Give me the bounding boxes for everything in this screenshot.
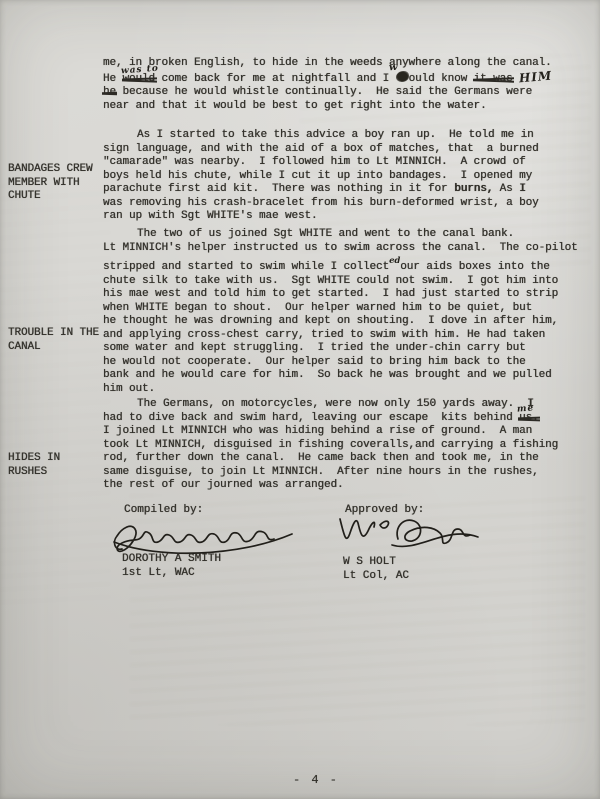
text-line: As I started to take this advice a boy r…	[103, 129, 539, 143]
typed-text: our aids boxes into the	[400, 261, 550, 273]
typed-text: The two of us joined Sgt WHITE and went …	[137, 228, 514, 240]
text-line: bank and he would care for him. So back …	[103, 369, 578, 383]
text-line: when WHITE began to shout. Our helper wa…	[103, 302, 578, 316]
paragraph: The Germans, on motorcycles, were now on…	[103, 398, 558, 493]
struck-out-text: us.me	[519, 412, 539, 426]
text-line: same disguise, to join Lt MINNICH. After…	[103, 466, 558, 480]
text-line: him out.	[103, 383, 578, 397]
typed-text: same disguise, to join Lt MINNICH. After…	[103, 466, 539, 478]
text-line: chute silk to take with us. Sgt WHITE co…	[103, 275, 578, 289]
paragraph: The two of us joined Sgt WHITE and went …	[103, 228, 578, 396]
struck-out-text: it was	[474, 73, 513, 87]
bleed-through-texture	[0, 185, 110, 605]
struck-out-text: wouldwas to	[123, 73, 156, 87]
text-line: parachute first aid kit. There was nothi…	[103, 183, 539, 197]
handwritten-annotation: HIM	[519, 69, 553, 85]
typed-text: had to dive back and swim hard, leaving …	[103, 412, 519, 424]
text-line: "camarade" was nearby. I followed him to…	[103, 156, 539, 170]
text-line: stripped and started to swim while I col…	[103, 255, 578, 275]
text-line: ran up with Sgt WHITE's mae west.	[103, 210, 539, 224]
typed-text: was removing his crash-bracelet from his…	[103, 197, 539, 209]
typed-text: come back for me at nightfall and I	[155, 73, 396, 85]
typed-text: As I started to take this advice a boy r…	[137, 129, 534, 141]
typed-text: he thought he was drowning and kept on s…	[103, 315, 558, 327]
typed-text: the rest of our journed was arranged.	[103, 479, 344, 491]
margin-label-line: RUSHES	[8, 466, 60, 480]
struck-out-text: he	[103, 86, 116, 100]
typed-text: when WHITE began to shout. Our helper wa…	[103, 302, 532, 314]
typed-text: The Germans, on motorcycles, were now on…	[137, 398, 527, 410]
typed-text: him out.	[103, 383, 155, 395]
text-line: He wouldwas to come back for me at night…	[103, 71, 552, 87]
margin-label: TROUBLE IN THECANAL	[8, 327, 99, 354]
typed-text: ould know	[409, 73, 474, 85]
text-line: some water and kept struggling. I tried …	[103, 342, 578, 356]
margin-label: BANDAGES CREWMEMBER WITHCHUTE	[8, 163, 93, 204]
typed-text: and applying cross-chest carry, tried to…	[103, 329, 545, 341]
margin-label-line: CHUTE	[8, 190, 93, 204]
handwritten-note: w	[388, 60, 399, 74]
text-line: rod, further down the canal. He came bac…	[103, 452, 558, 466]
text-line: Lt MINNICH's helper instructed us to swi…	[103, 242, 578, 256]
handwritten-note: was to	[120, 62, 159, 78]
typed-text: burns,	[454, 183, 493, 195]
typed-text: rod, further down the canal. He came bac…	[103, 452, 539, 464]
text-line: near and that it would be best to get ri…	[103, 100, 552, 114]
typed-text: because he would whistle continually. He…	[116, 86, 532, 98]
text-line: had to dive back and swim hard, leaving …	[103, 412, 558, 426]
margin-label-line: CANAL	[8, 341, 99, 355]
text-line: he thought he was drowning and kept on s…	[103, 315, 578, 329]
typed-text: parachute first aid kit. There was nothi…	[103, 183, 454, 195]
typed-text: near and that it would be best to get ri…	[103, 100, 487, 112]
typed-text: chute silk to take with us. Sgt WHITE co…	[103, 275, 558, 287]
page-number: - 4 -	[0, 773, 600, 787]
typed-text: bank and he would care for him. So back …	[103, 369, 552, 381]
typed-text: me, in broken English, to hide in the we…	[103, 57, 552, 69]
text-line: boys held his chute, while I cut it up i…	[103, 170, 539, 184]
typed-text: I joined Lt MINNICH who was hiding behin…	[103, 425, 532, 437]
text-line: he because he would whistle continually.…	[103, 86, 552, 100]
scanned-document-page: BANDAGES CREWMEMBER WITHCHUTETROUBLE IN …	[0, 0, 600, 799]
typed-text: he would not cooperate. Our helper said …	[103, 356, 526, 368]
typed-text: took Lt MINNICH, disguised in fishing co…	[103, 439, 558, 451]
typed-text: some water and kept struggling. I tried …	[103, 342, 526, 354]
handwritten-note: me	[517, 402, 535, 417]
typed-text: ran up with Sgt WHITE's mae west.	[103, 210, 318, 222]
typed-text: He	[103, 73, 123, 85]
text-line: he would not cooperate. Our helper said …	[103, 356, 578, 370]
approved-signature	[334, 509, 484, 561]
ink-blot: w	[396, 71, 409, 82]
text-line: was removing his crash-bracelet from his…	[103, 197, 539, 211]
typed-text: stripped and started to swim while I col…	[103, 261, 389, 273]
text-line: sign language, and with the aid of a box…	[103, 143, 539, 157]
text-line: The two of us joined Sgt WHITE and went …	[103, 228, 578, 242]
typed-text: I	[519, 183, 526, 195]
paragraph: me, in broken English, to hide in the we…	[103, 57, 552, 113]
paragraph: As I started to take this advice a boy r…	[103, 129, 539, 224]
text-line: The Germans, on motorcycles, were now on…	[103, 398, 558, 412]
typed-text: Lt MINNICH's helper instructed us to swi…	[103, 242, 578, 254]
margin-label-line: BANDAGES CREW	[8, 163, 93, 177]
compiled-rank: 1st Lt, WAC	[122, 567, 195, 581]
typed-text: "camarade" was nearby. I followed him to…	[103, 156, 526, 168]
typed-text: As	[493, 183, 519, 195]
text-line: and applying cross-chest carry, tried to…	[103, 329, 578, 343]
text-line: his mae west and told him to get started…	[103, 288, 578, 302]
approved-name: W S HOLT	[343, 556, 396, 570]
approved-rank: Lt Col, AC	[343, 570, 409, 584]
compiled-name: DOROTHY A SMITH	[122, 553, 221, 567]
text-line: the rest of our journed was arranged.	[103, 479, 558, 493]
typed-text: his mae west and told him to get started…	[103, 288, 558, 300]
text-line: I joined Lt MINNICH who was hiding behin…	[103, 425, 558, 439]
margin-label-line: MEMBER WITH	[8, 177, 93, 191]
text-line: me, in broken English, to hide in the we…	[103, 57, 552, 71]
margin-label: HIDES INRUSHES	[8, 452, 60, 479]
margin-label-line: HIDES IN	[8, 452, 60, 466]
typed-text: boys held his chute, while I cut it up i…	[103, 170, 532, 182]
margin-label-line: TROUBLE IN THE	[8, 327, 99, 341]
typed-text: sign language, and with the aid of a box…	[103, 143, 539, 155]
handwritten-annotation: ed	[389, 256, 400, 266]
text-line: took Lt MINNICH, disguised in fishing co…	[103, 439, 558, 453]
